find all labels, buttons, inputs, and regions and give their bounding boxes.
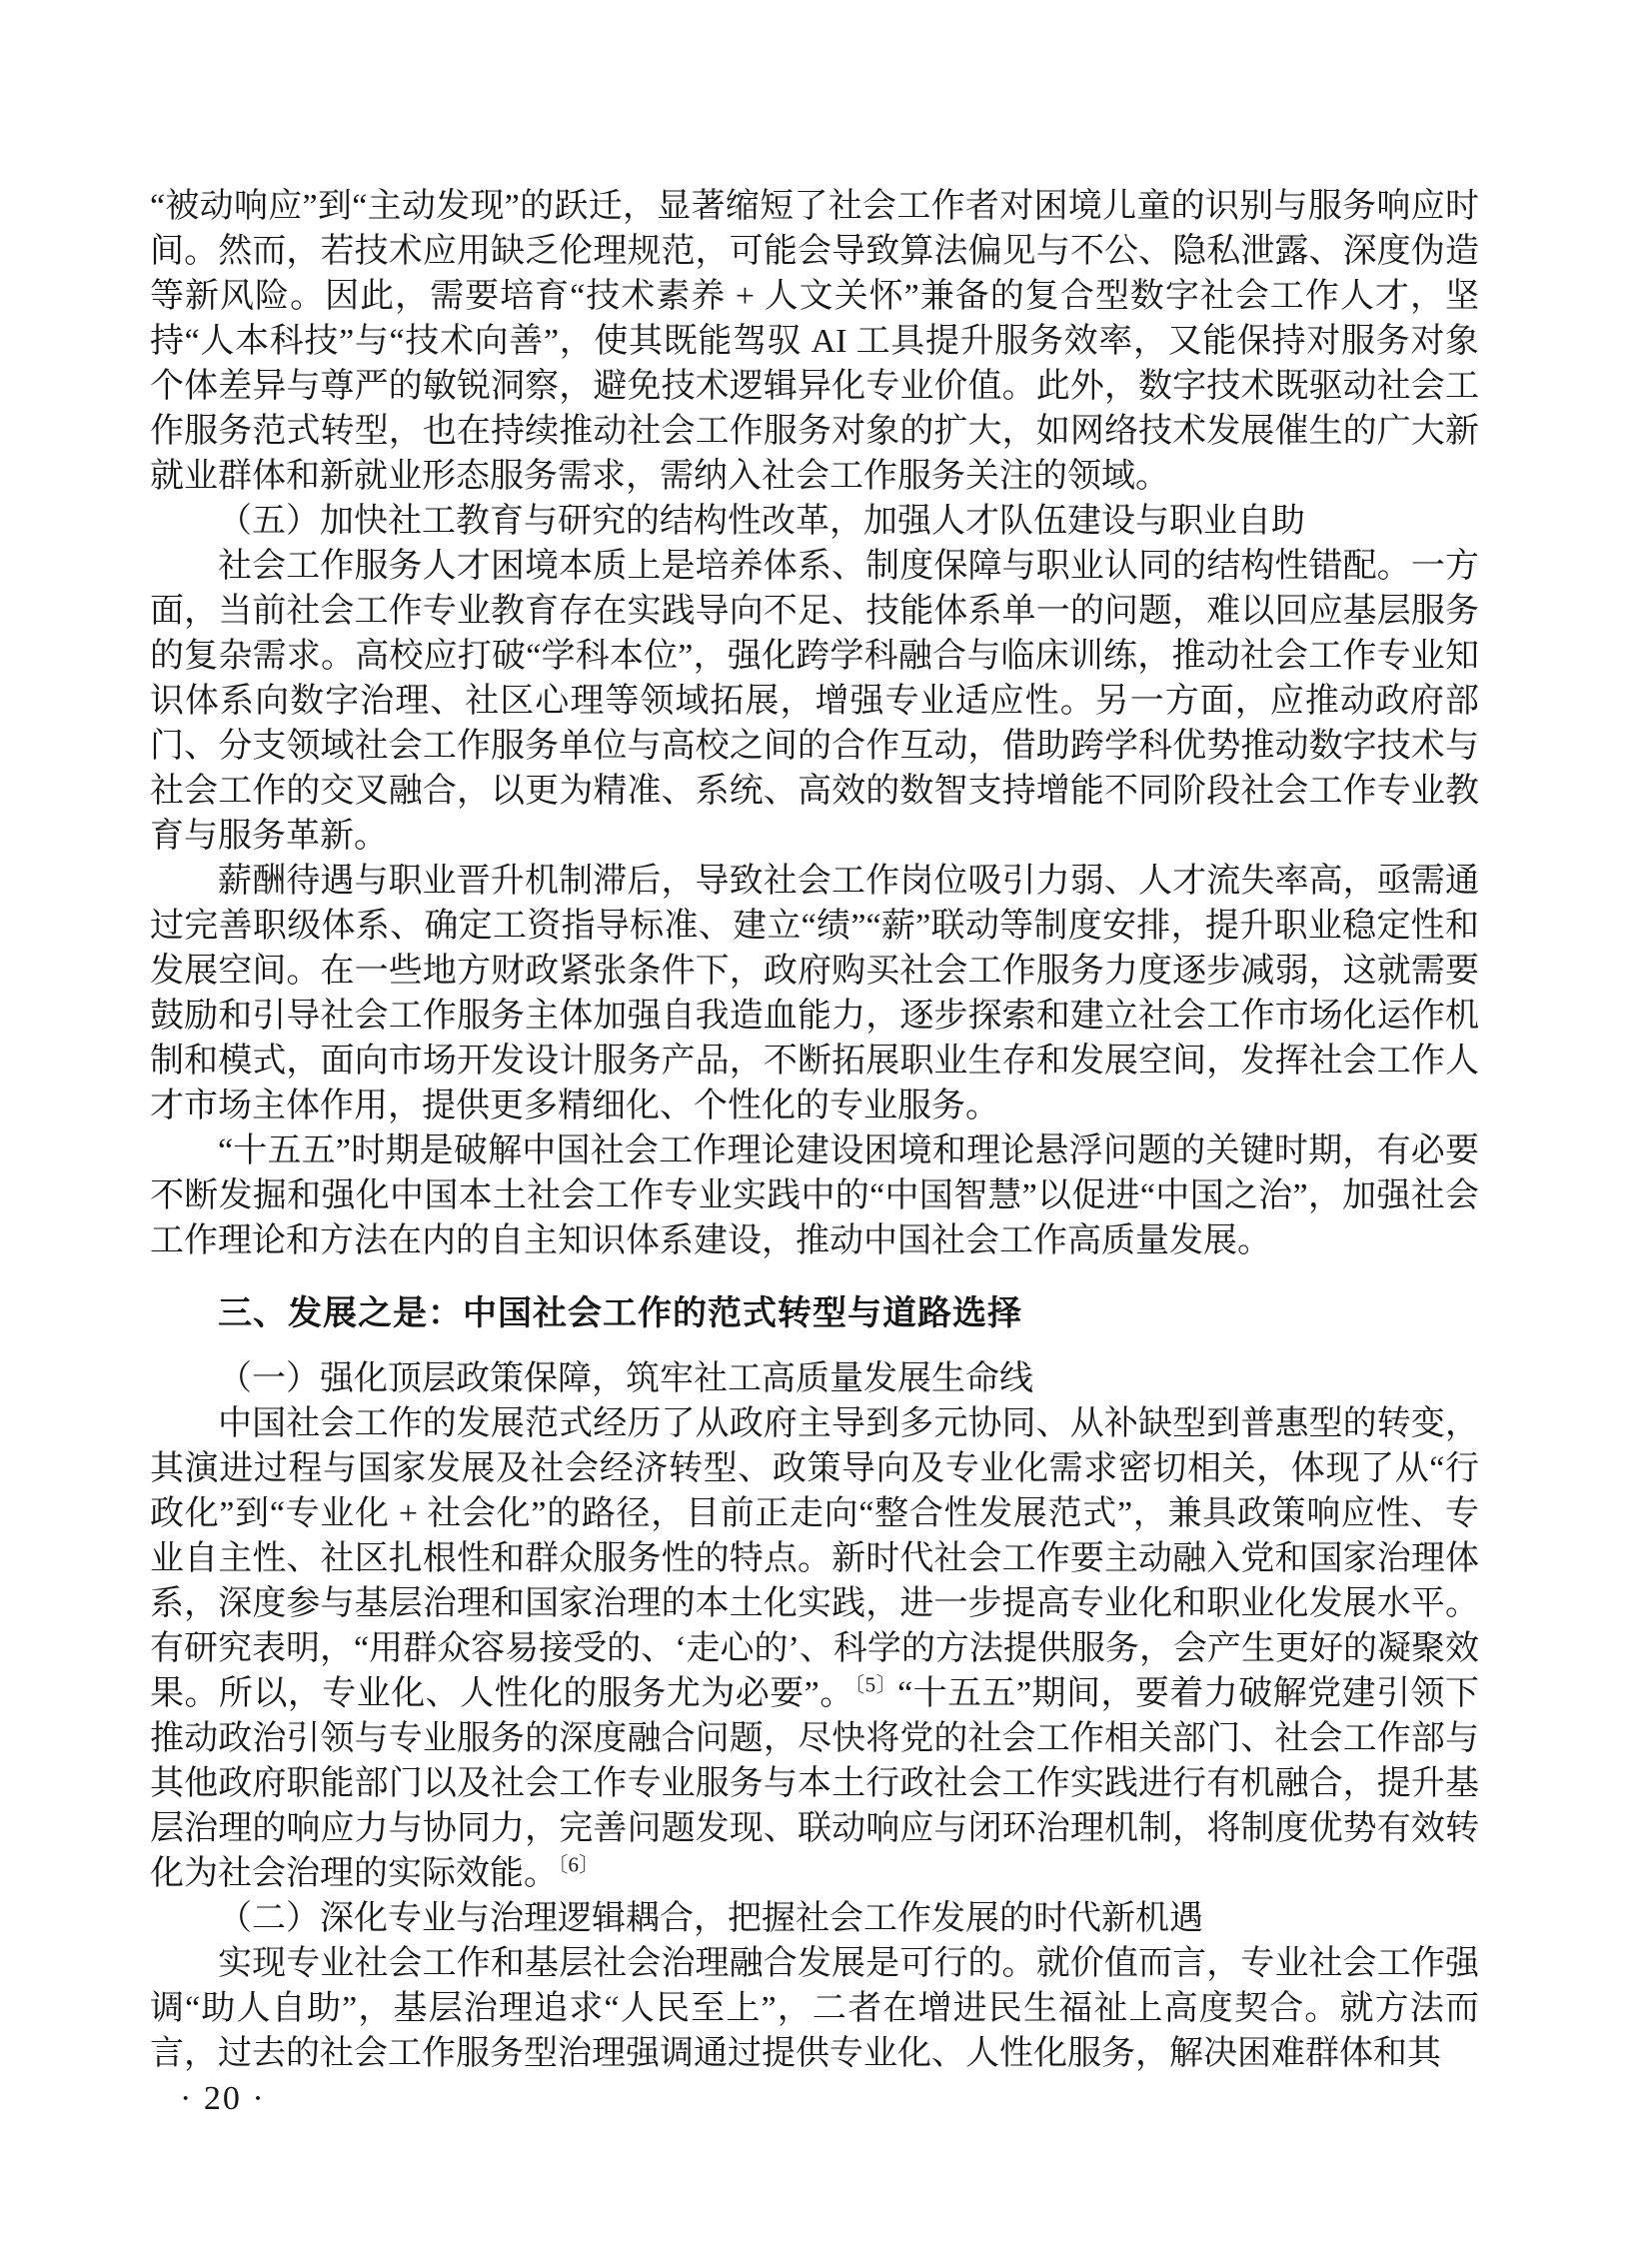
paragraph: 社会工作服务人才困境本质上是培养体系、制度保障与职业认同的结构性错配。一方面，当… [150, 544, 1479, 859]
subsection-heading-5: （五）加快社工教育与研究的结构性改革，加强人才队伍建设与职业自助 [150, 499, 1479, 544]
page-number: · 20 · [150, 2076, 1479, 2121]
subsection-heading-1: （一）强化顶层政策保障，筑牢社工高质量发展生命线 [150, 1356, 1479, 1401]
paragraph: 薪酬待遇与职业晋升机制滞后，导致社会工作岗位吸引力弱、人才流失率高，亟需通过完善… [150, 859, 1479, 1128]
citation-ref: 〔5〕 [854, 1673, 897, 1697]
document-body: “被动响应”到“主动发现”的跃迁，显著缩短了社会工作者对困境儿童的识别与服务响应… [150, 184, 1479, 2076]
section-heading-3: 三、发展之是：中国社会工作的范式转型与道路选择 [150, 1291, 1479, 1336]
citation-ref: 〔6〕 [558, 1853, 600, 1877]
subsection-heading-2: （二）深化专业与治理逻辑耦合，把握社会工作发展的时代新机遇 [150, 1896, 1479, 1941]
document-page: “被动响应”到“主动发现”的跃迁，显著缩短了社会工作者对困境儿童的识别与服务响应… [0, 0, 1652, 2243]
paragraph: 中国社会工作的发展范式经历了从政府主导到多元协同、从补缺型到普惠型的转变，其演进… [150, 1401, 1479, 1896]
paragraph: “十五五”时期是破解中国社会工作理论建设困境和理论悬浮问题的关键时期，有必要不断… [150, 1128, 1479, 1263]
paragraph-continuation: “被动响应”到“主动发现”的跃迁，显著缩短了社会工作者对困境儿童的识别与服务响应… [150, 184, 1479, 499]
paragraph: 实现专业社会工作和基层社会治理融合发展是可行的。就价值而言，专业社会工作强调“助… [150, 1941, 1479, 2076]
